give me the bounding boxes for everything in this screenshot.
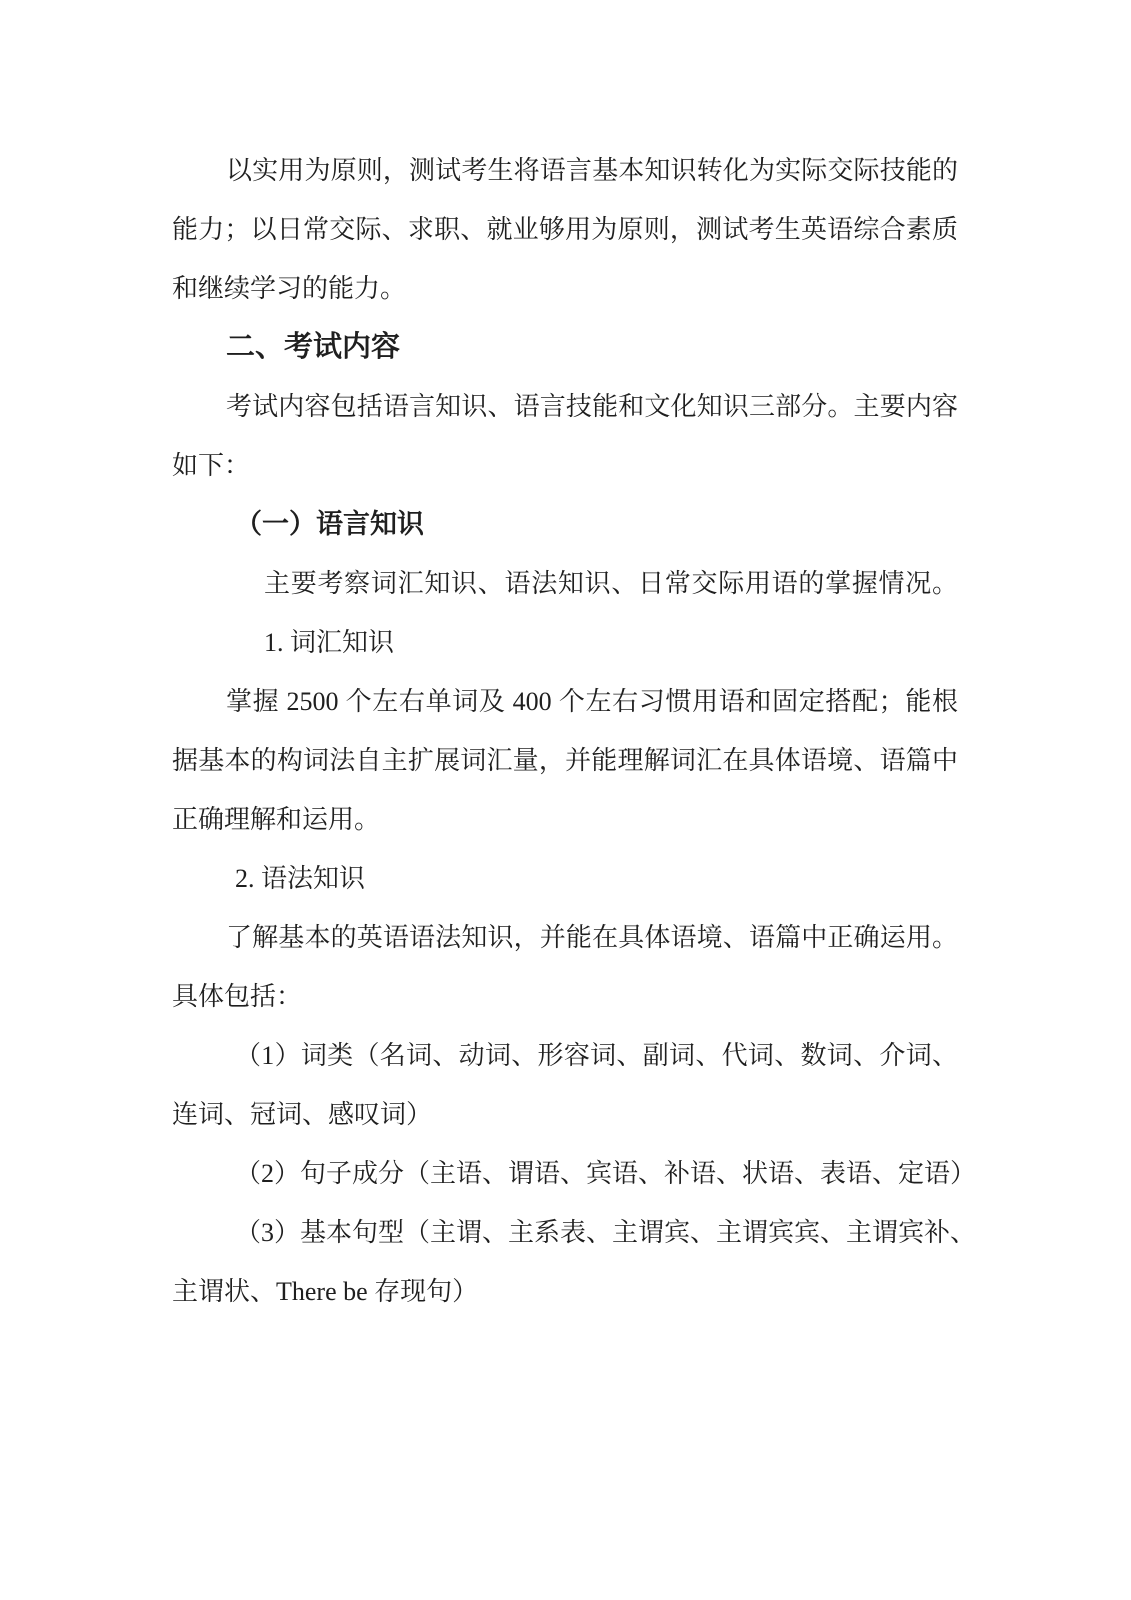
text-line: 以实用为原则，测试考生将语言基本知识转化为实际交际技能的 bbox=[172, 141, 958, 200]
list-item-word-classes: （1）词类（名词、动词、形容词、副词、代词、数词、介词、 bbox=[172, 1026, 958, 1085]
document-body: 以实用为原则，测试考生将语言基本知识转化为实际交际技能的 能力；以日常交际、求职… bbox=[172, 141, 958, 1321]
text-line: 据基本的构词法自主扩展词汇量，并能理解词汇在具体语境、语篇中 bbox=[172, 731, 958, 790]
text-line: 具体包括： bbox=[172, 967, 958, 1026]
subsection-heading-language-knowledge: （一）语言知识 bbox=[172, 495, 958, 554]
text-line: 掌握 2500 个左右单词及 400 个左右习惯用语和固定搭配；能根 bbox=[172, 672, 958, 731]
numbered-item-vocabulary: 1. 词汇知识 bbox=[172, 613, 958, 672]
text-line: 主要考察词汇知识、语法知识、日常交际用语的掌握情况。 bbox=[172, 554, 958, 613]
text-line: 连词、冠词、感叹词） bbox=[172, 1085, 958, 1144]
text-line: 了解基本的英语语法知识，并能在具体语境、语篇中正确运用。 bbox=[172, 908, 958, 967]
text-line: 和继续学习的能力。 bbox=[172, 259, 958, 318]
text-line: 考试内容包括语言知识、语言技能和文化知识三部分。主要内容 bbox=[172, 377, 958, 436]
text-line: 如下： bbox=[172, 436, 958, 495]
text-line: 主谓状、There be 存现句） bbox=[172, 1262, 958, 1321]
list-item-sentence-elements: （2）句子成分（主语、谓语、宾语、补语、状语、表语、定语） bbox=[172, 1144, 958, 1203]
text-line: 能力；以日常交际、求职、就业够用为原则，测试考生英语综合素质 bbox=[172, 200, 958, 259]
section-heading-exam-content: 二、考试内容 bbox=[172, 318, 958, 377]
document-page: 以实用为原则，测试考生将语言基本知识转化为实际交际技能的 能力；以日常交际、求职… bbox=[0, 0, 1131, 1600]
list-item-basic-sentence-patterns: （3）基本句型（主谓、主系表、主谓宾、主谓宾宾、主谓宾补、 bbox=[172, 1203, 958, 1262]
text-line: 正确理解和运用。 bbox=[172, 790, 958, 849]
numbered-item-grammar: 2. 语法知识 bbox=[172, 849, 958, 908]
